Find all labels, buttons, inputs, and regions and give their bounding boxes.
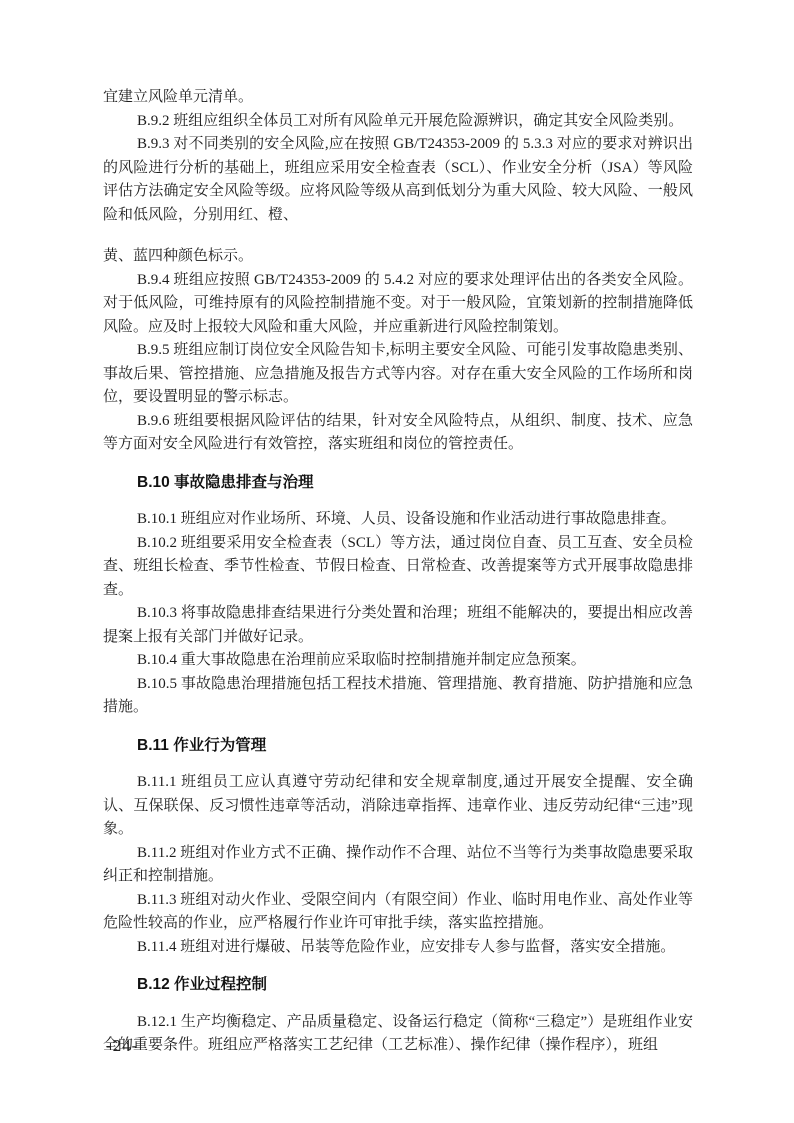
heading-b10: B.10 事故隐患排查与治理	[103, 471, 693, 495]
heading-b12: B.12 作业过程控制	[103, 973, 693, 997]
para-b10-1: B.10.1 班组应对作业场所、环境、人员、设备设施和作业活动进行事故隐患排查。	[103, 508, 693, 532]
para-b10-4: B.10.4 重大事故隐患在治理前应采取临时控制措施并制定应急预案。	[103, 649, 693, 673]
para-b10-5: B.10.5 事故隐患治理措施包括工程技术措施、管理措施、教育措施、防护措施和应…	[103, 673, 693, 720]
document-page: 宜建立风险单元清单。B.9.2 班组应组织全体员工对所有风险单元开展危险源辨识，…	[0, 0, 794, 1123]
para-b11-4: B.11.4 班组对进行爆破、吊装等危险作业，应安排专人参与监督，落实安全措施。	[103, 936, 693, 960]
para-b11-3: B.11.3 班组对动火作业、受限空间内（有限空间）作业、临时用电作业、高处作业…	[103, 889, 693, 936]
para-b9-2: B.9.2 班组应组织全体员工对所有风险单元开展危险源辨识，确定其安全风险类别。	[103, 110, 693, 134]
para-b9-3-continuation: 黄、蓝四种颜色标示。	[103, 245, 693, 269]
para-b9-6: B.9.6 班组要根据风险评估的结果，针对安全风险特点，从组织、制度、技术、应急…	[103, 410, 693, 457]
para-b11-1: B.11.1 班组员工应认真遵守劳动纪律和安全规章制度,通过开展安全提醒、安全确…	[103, 771, 693, 842]
page-number: -24-	[106, 1036, 138, 1056]
para-continuation-b9-1: 宜建立风险单元清单。	[103, 86, 693, 110]
para-b10-2: B.10.2 班组要采用安全检查表（SCL）等方法，通过岗位自查、员工互查、安全…	[103, 532, 693, 603]
para-b9-5: B.9.5 班组应制订岗位安全风险告知卡,标明主要安全风险、可能引发事故隐患类别…	[103, 339, 693, 410]
document-body: 宜建立风险单元清单。B.9.2 班组应组织全体员工对所有风险单元开展危险源辨识，…	[103, 86, 693, 1058]
heading-b11: B.11 作业行为管理	[103, 734, 693, 758]
para-b9-3: B.9.3 对不同类别的安全风险,应在按照 GB/T24353-2009 的 5…	[103, 133, 693, 227]
para-b11-2: B.11.2 班组对作业方式不正确、操作动作不合理、站位不当等行为类事故隐患要采…	[103, 842, 693, 889]
para-b10-3: B.10.3 将事故隐患排查结果进行分类处置和治理；班组不能解决的，要提出相应改…	[103, 602, 693, 649]
para-b9-4: B.9.4 班组应按照 GB/T24353-2009 的 5.4.2 对应的要求…	[103, 269, 693, 340]
para-b12-1: B.12.1 生产均衡稳定、产品质量稳定、设备运行稳定（简称“三稳定”）是班组作…	[103, 1011, 693, 1058]
